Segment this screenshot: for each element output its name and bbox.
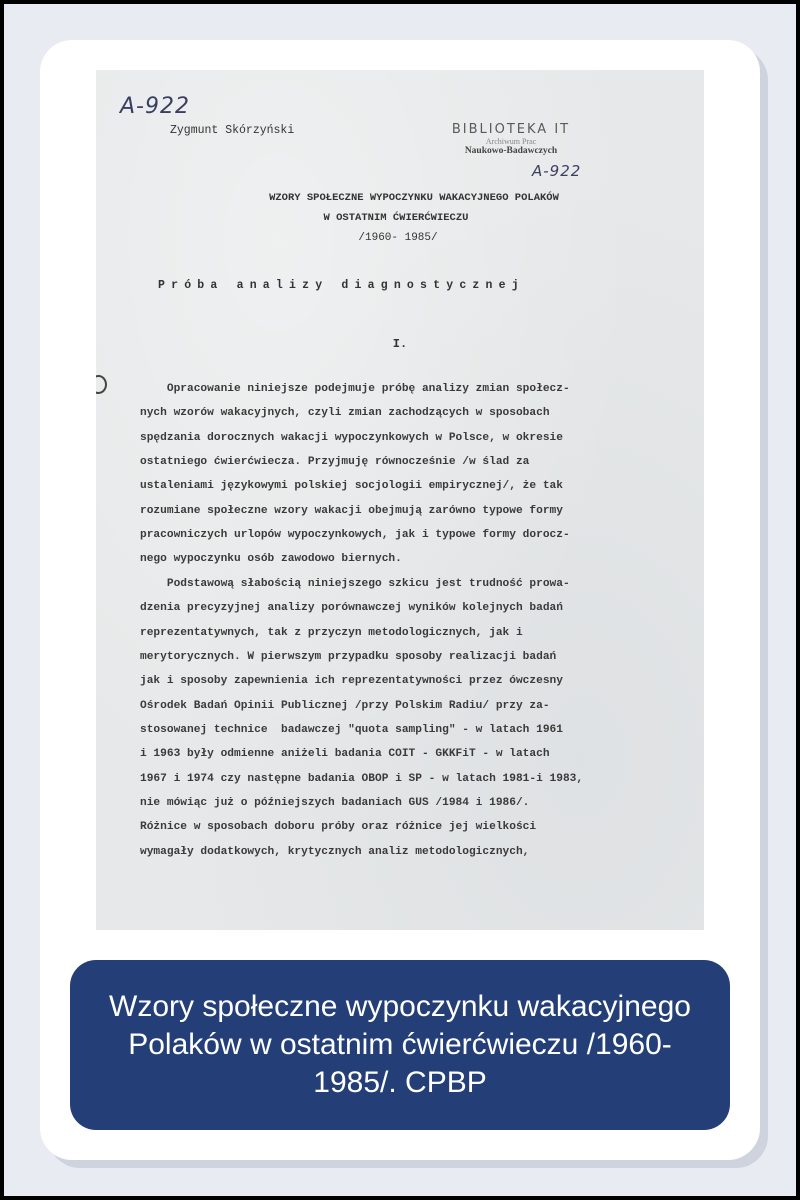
body-text-line: Różnice w sposobach doboru próby oraz ró… <box>140 821 536 833</box>
body-text-line: jak i sposoby zapewnienia ich reprezenta… <box>140 675 563 687</box>
body-text-line: 1967 i 1974 czy następne badania OBOP i … <box>140 773 583 785</box>
body-text-line: spędzania dorocznych wakacji wypoczynkow… <box>140 432 563 444</box>
binder-hole-mark <box>96 375 107 394</box>
stamp-line-1: BIBLIOTEKA IT <box>426 122 596 137</box>
body-text-line: rozumiane społeczne wzory wakacji obejmu… <box>140 505 563 517</box>
body-text-line: reprezentatywnych, tak z przyczyn metodo… <box>140 627 523 639</box>
body-text-line: Podstawową słabością niniejszego szkicu … <box>140 578 570 590</box>
document-title-line: W OSTATNIM ĆWIERĆWIECZU <box>96 212 700 224</box>
body-text-line: nie mówiąc już o późniejszych badaniach … <box>140 797 529 809</box>
body-text-line: pracowniczych urlopów wypoczynkowych, ja… <box>140 529 570 541</box>
section-number: I. <box>96 337 704 351</box>
caption-banner: Wzory społeczne wypoczynku wakacyjnego P… <box>70 960 730 1130</box>
document-scan: A-922 Zygmunt Skórzyński BIBLIOTEKA IT A… <box>96 70 704 930</box>
body-text-line: ustaleniami językowymi polskiej socjolog… <box>140 480 563 492</box>
body-text-line: nego wypoczynku osób zawodowo biernych. <box>140 553 402 565</box>
body-text-line: merytorycznych. W pierwszym przypadku sp… <box>140 651 556 663</box>
body-text-line: i 1963 były odmienne aniżeli badania COI… <box>140 748 550 760</box>
body-text-line: ostatniego ćwierćwiecza. Przyjmuję równo… <box>140 456 529 468</box>
caption-text: Wzory społeczne wypoczynku wakacyjnego P… <box>100 988 700 1102</box>
handwritten-catalog-id: A-922 <box>120 94 190 119</box>
document-title-line: /1960- 1985/ <box>96 232 702 244</box>
body-text-line: Ośrodek Badań Opinii Publicznej /przy Po… <box>140 700 550 712</box>
document-subtitle: Próba analizy diagnostycznej <box>158 279 525 292</box>
library-stamp: BIBLIOTEKA IT Archiwum Prac Naukowo-Bada… <box>426 122 596 156</box>
stamp-line-3: Naukowo-Badawczych <box>426 146 596 156</box>
stamp-handwritten-id: A-922 <box>532 162 581 180</box>
document-title-line: WZORY SPOŁECZNE WYPOCZYNKU WAKACYJNEGO P… <box>110 192 704 204</box>
body-text-line: dzenia precyzyjnej analizy porównawczej … <box>140 602 563 614</box>
body-text-line: nych wzorów wakacyjnych, czyli zmian zac… <box>140 407 550 419</box>
body-text-line: Opracowanie niniejsze podejmuje próbę an… <box>140 383 570 395</box>
stamp-line-2: Archiwum Prac <box>426 137 596 146</box>
body-text-line: wymagały dodatkowych, krytycznych analiz… <box>140 846 529 858</box>
body-text-line: stosowanej technice badawczej "quota sam… <box>140 724 563 736</box>
document-author: Zygmunt Skórzyński <box>170 124 294 137</box>
